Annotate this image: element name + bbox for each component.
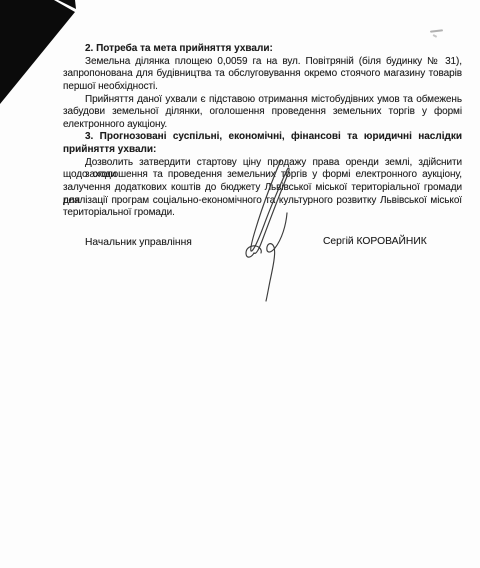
text-line: електронного аукціону. <box>63 119 462 132</box>
text-line: Прийняття даної ухвали є підставою отрим… <box>63 94 462 107</box>
text-line: прийняття ухвали: <box>63 144 462 157</box>
text-line: 2. Потреба та мета прийняття ухвали: <box>63 43 462 56</box>
section-heading: 3. Прогнозовані суспільні, економічні, ф… <box>63 131 462 156</box>
pencil-dash-mark <box>430 29 443 32</box>
section-heading: 2. Потреба та мета прийняття ухвали: <box>63 43 462 56</box>
section-paragraph: Прийняття даної ухвали є підставою отрим… <box>63 94 462 132</box>
text-line: запропонована для будівництва та обслуго… <box>63 68 462 81</box>
text-line: Земельна ділянка площею 0,0059 га на вул… <box>63 56 462 69</box>
pencil-tick-mark <box>433 34 437 37</box>
signer-name: Сергій КОРОВАЙНИК <box>323 236 427 247</box>
section-paragraph: Земельна ділянка площею 0,0059 га на вул… <box>63 56 462 94</box>
text-line: 3. Прогнозовані суспільні, економічні, ф… <box>63 131 462 144</box>
text-line: першої необхідності. <box>63 81 462 94</box>
scanned-document-page: 2. Потреба та мета прийняття ухвали:Земе… <box>0 0 480 568</box>
signer-position-label: Начальник управління <box>85 237 192 248</box>
handwritten-signature-icon <box>240 157 300 307</box>
text-line: забудови земельної ділянки, оголошення п… <box>63 106 462 119</box>
